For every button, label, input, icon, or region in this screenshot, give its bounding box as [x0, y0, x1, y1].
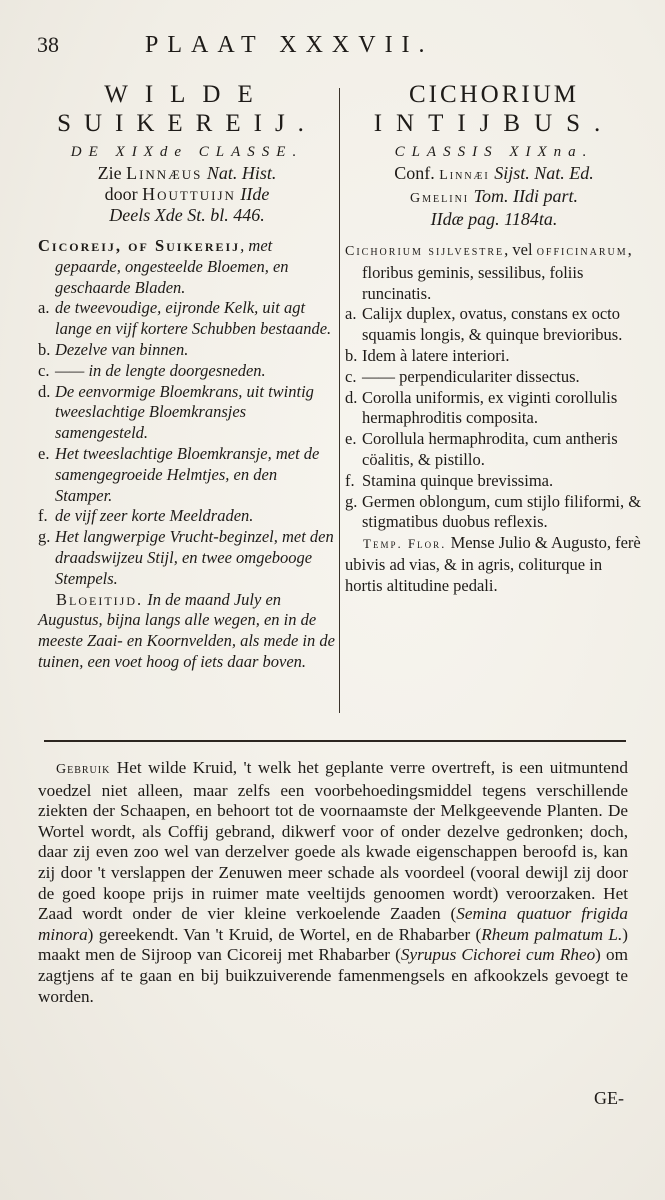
- ref-translator: Houttuijn: [142, 184, 236, 204]
- page-number: 38: [37, 32, 59, 58]
- ref-author: Linnæi: [439, 168, 490, 183]
- entry-text: Stamina quinque brevissima.: [362, 471, 553, 490]
- entry-text: Het langwerpige Vrucht-beginzel, met den…: [55, 527, 334, 588]
- ref-location: IIdæ pag. 1184ta.: [345, 209, 643, 230]
- figure-entry: a.Calijx duplex, ovatus, constans ex oct…: [345, 304, 643, 346]
- latin-conj: , vel: [504, 240, 537, 259]
- entry-text: Germen oblongum, cum stijlo filiformi, &…: [362, 492, 641, 532]
- figure-entry: c.—— in de lengte doorgesneden.: [38, 361, 336, 382]
- entry-label: d.: [345, 388, 362, 409]
- usage-latin: Rheum palmatum L.: [481, 925, 622, 944]
- figure-entry: b.Dezelve van binnen.: [38, 340, 336, 361]
- entry-label: g.: [38, 527, 55, 548]
- entry-text: Idem à latere interiori.: [362, 346, 510, 365]
- ref-editor: Gmelini: [410, 191, 469, 206]
- entry-label: c.: [38, 361, 55, 382]
- entry-text: Corollula hermaphrodita, cum antheris cö…: [362, 429, 618, 469]
- entry-label: e.: [38, 444, 55, 465]
- entry-text: de tweevoudige, eijronde Kelk, uit agt l…: [55, 298, 331, 338]
- dutch-class-line: DE XIXde CLASSE.: [38, 144, 336, 161]
- ref-prefix2: door: [105, 184, 143, 204]
- entry-text: —— in de lengte doorgesneden.: [55, 361, 266, 380]
- entry-text: Corolla uniformis, ex viginti corollulis…: [362, 388, 617, 428]
- ref-prefix: Conf.: [394, 163, 439, 183]
- figure-entry: f.Stamina quinque brevissima.: [345, 471, 643, 492]
- entry-text: De eenvormige Bloemkrans, uit twintig tw…: [55, 382, 314, 443]
- latin-column: CICHORIUM INTIJBUS. CLASSIS XIXna. Conf.…: [345, 80, 643, 597]
- dutch-reference: Zie Linnæus Nat. Hist. door Houttuijn II…: [38, 163, 336, 226]
- usage-latin: Syrupus Cichorei cum Rheo: [401, 945, 595, 964]
- ref-location: Deels Xde St. bl. 446.: [38, 205, 336, 226]
- column-divider: [339, 88, 340, 713]
- dutch-column: WILDE SUIKEREIJ. DE XIXde CLASSE. Zie Li…: [38, 80, 336, 673]
- book-page: 38 PLAAT XXXVII. WILDE SUIKEREIJ. DE XIX…: [0, 0, 665, 1200]
- entry-label: b.: [38, 340, 55, 361]
- dutch-title-line1: WILDE: [38, 80, 336, 110]
- entry-label: a.: [38, 298, 55, 319]
- dutch-description: Cicoreij, of Suikereij, met gepaarde, on…: [38, 236, 336, 673]
- ref-work: Sijst. Nat. Ed.: [490, 163, 594, 183]
- usage-text: Het wilde Kruid, 't welk het geplante ve…: [38, 758, 628, 923]
- entry-text: Calijx duplex, ovatus, constans ex octo …: [362, 304, 622, 344]
- plate-title: PLAAT XXXVII.: [145, 32, 434, 59]
- entry-label: a.: [345, 304, 362, 325]
- latin-description: Cichorium sijlvestre, vel officinarum, f…: [345, 240, 643, 597]
- usage-paragraph: Gebruik Het wilde Kruid, 't welk het gep…: [38, 758, 628, 1007]
- entry-label: b.: [345, 346, 362, 367]
- entry-label: f.: [38, 506, 55, 527]
- entry-label: e.: [345, 429, 362, 450]
- dutch-title-line2: SUIKEREIJ.: [38, 110, 336, 138]
- entry-text: Dezelve van binnen.: [55, 340, 188, 359]
- ref-author: Linnæus: [126, 163, 202, 183]
- section-rule: [44, 740, 626, 742]
- figure-entry: g.Het langwerpige Vrucht-beginzel, met d…: [38, 527, 336, 589]
- flowering-label: Bloeitijd.: [56, 590, 143, 609]
- flowering-label: Temp. Flor.: [363, 536, 446, 551]
- latin-class-line: CLASSIS XIXna.: [345, 144, 643, 161]
- ref-part: IIde: [236, 184, 269, 204]
- figure-entry: d.Corolla uniformis, ex viginti corollul…: [345, 388, 643, 430]
- latin-species-name: Cichorium sijlvestre: [345, 244, 504, 259]
- catchword: GE-: [594, 1088, 624, 1109]
- figure-entry: c.—— perpendiculariter dissectus.: [345, 367, 643, 388]
- entry-label: f.: [345, 471, 362, 492]
- entry-label: c.: [345, 367, 362, 388]
- figure-entry: d.De eenvormige Bloemkrans, uit twintig …: [38, 382, 336, 444]
- ref-prefix: Zie: [98, 163, 127, 183]
- figure-entry: b.Idem à latere interiori.: [345, 346, 643, 367]
- latin-title-line2: INTIJBUS.: [345, 110, 643, 138]
- usage-text: ) gereekendt. Van 't Kruid, de Wortel, e…: [88, 925, 482, 944]
- latin-reference: Conf. Linnæi Sijst. Nat. Ed. Gmelini Tom…: [345, 163, 643, 230]
- entry-label: d.: [38, 382, 55, 403]
- figure-entry: e.Het tweeslachtige Bloemkransje, met de…: [38, 444, 336, 506]
- entry-text: de vijf zeer korte Meeldraden.: [55, 506, 253, 525]
- entry-label: g.: [345, 492, 362, 513]
- entry-text: Het tweeslachtige Bloemkransje, met de s…: [55, 444, 319, 505]
- figure-entry: g.Germen oblongum, cum stijlo filiformi,…: [345, 492, 643, 534]
- ref-part: Tom. IIdi part.: [469, 186, 578, 206]
- entry-text: —— perpendiculariter dissectus.: [362, 367, 580, 386]
- figure-entry: a.de tweevoudige, eijronde Kelk, uit agt…: [38, 298, 336, 340]
- usage-label: Gebruik: [56, 762, 110, 777]
- figure-entry: f.de vijf zeer korte Meeldraden.: [38, 506, 336, 527]
- latin-species-name2: officinarum: [537, 244, 628, 259]
- dutch-species-name: Cicoreij, of Suikereij: [38, 236, 240, 255]
- figure-entry: e.Corollula hermaphrodita, cum antheris …: [345, 429, 643, 471]
- latin-title-line1: CICHORIUM: [345, 80, 643, 110]
- ref-work: Nat. Hist.: [202, 163, 276, 183]
